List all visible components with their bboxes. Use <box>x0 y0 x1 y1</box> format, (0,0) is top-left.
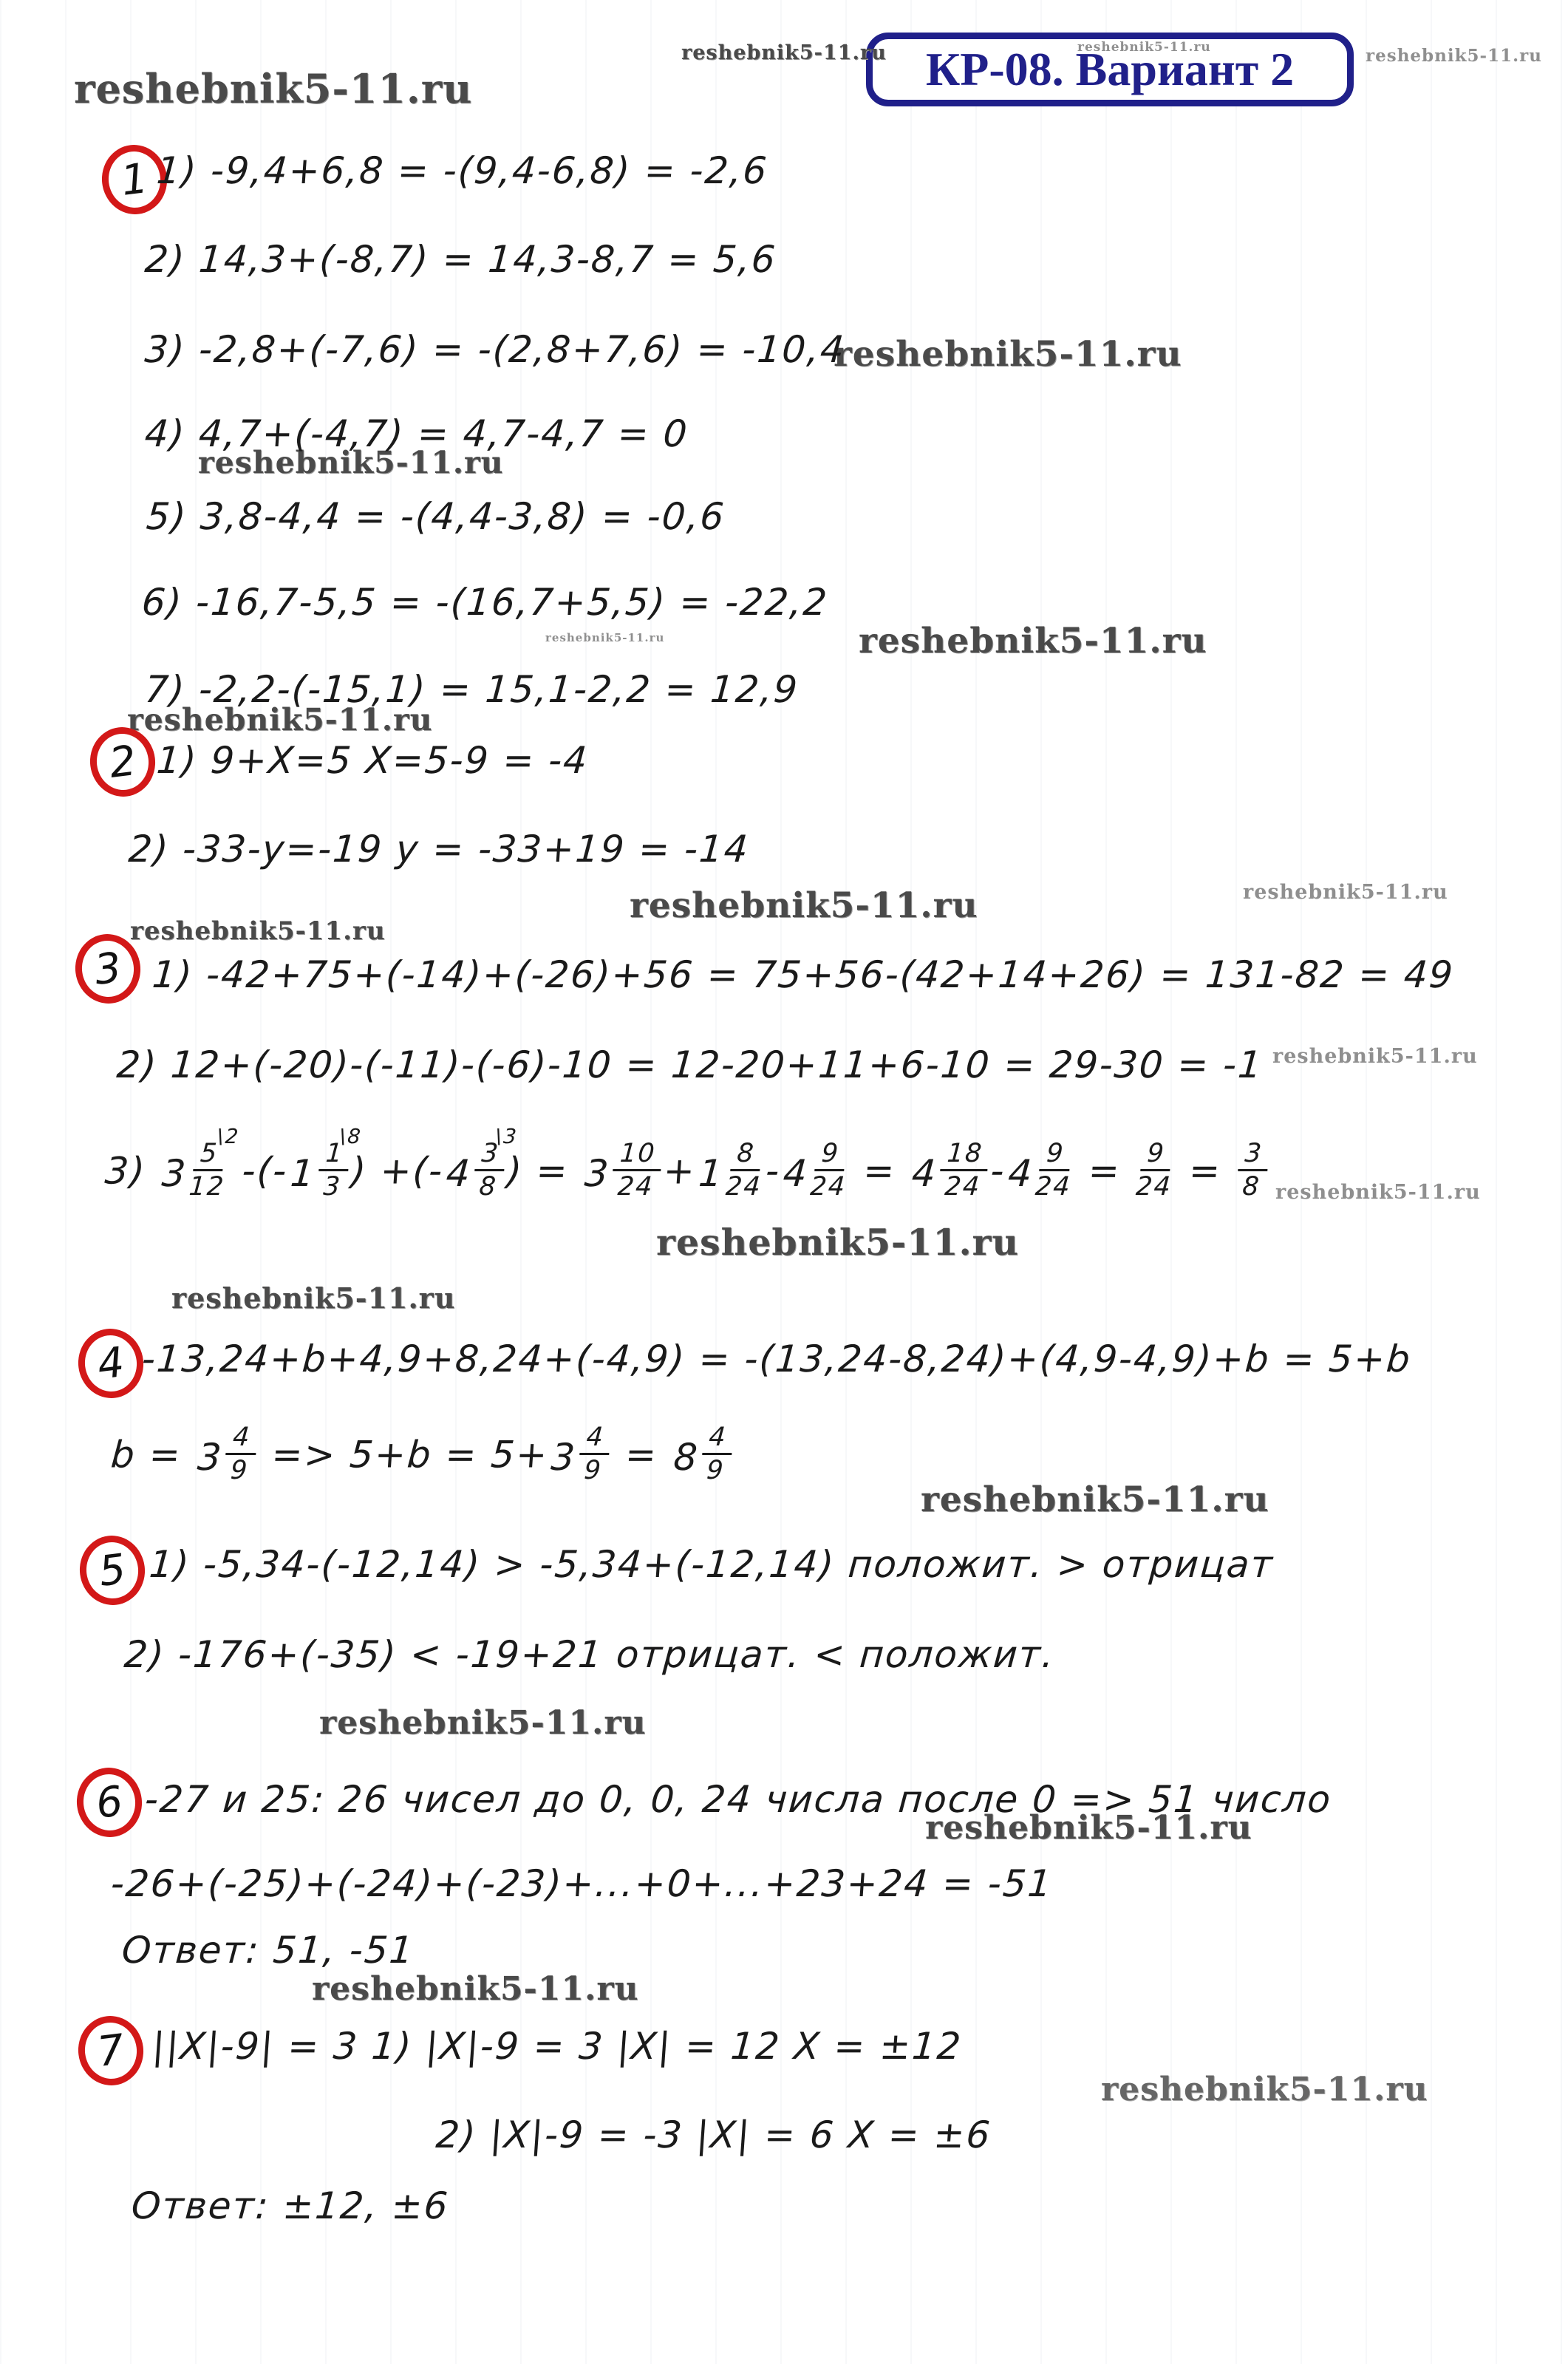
math-line: Ответ: 51, -51 <box>120 1930 416 1971</box>
watermark: reshebnik5-11.ru <box>1101 2071 1428 2108</box>
fraction: 4924 <box>1006 1144 1074 1203</box>
common-denominator-mark: \2 <box>216 1125 240 1148</box>
fraction: 349 <box>196 1428 258 1487</box>
watermark: reshebnik5-11.ru <box>1243 881 1448 904</box>
watermark: reshebnik5-11.ru <box>1366 46 1542 66</box>
watermark: reshebnik5-11.ru <box>834 334 1182 375</box>
math-line: 2) |X|-9 = -3 |X| = 6 X = ±6 <box>434 2115 992 2156</box>
watermark: reshebnik5-11.ru <box>545 631 664 644</box>
scanned-worksheet-page: КР-08. Вариант 2 reshebnik5-11.rureshebn… <box>0 0 1568 2364</box>
math-line: 1) -42+75+(-14)+(-26)+56 = 75+56-(42+14+… <box>151 955 1456 995</box>
math-line: -26+(-25)+(-24)+(-23)+...+0+...+23+24 = … <box>109 1864 1054 1904</box>
fraction: 924 <box>1135 1144 1175 1203</box>
math-line: ||X|-9| = 3 1) |X|-9 = 3 |X| = 12 X = ±1… <box>151 2026 964 2067</box>
watermark: reshebnik5-11.ru <box>74 65 472 112</box>
math-line: 6) -16,7-5,5 = -(16,7+5,5) = -22,2 <box>140 582 830 623</box>
math-line: -27 и 25: 26 чисел до 0, 0, 24 числа пос… <box>143 1779 1333 1820</box>
math-line: b = 349 => 5+b = 5+349 = 849 <box>109 1428 736 1487</box>
fraction: 849 <box>672 1428 734 1487</box>
math-line: -13,24+b+4,9+8,24+(-4,9) = -(13,24-8,24)… <box>140 1339 1413 1380</box>
math-line: 1) 9+X=5 X=5-9 = -4 <box>155 740 590 781</box>
watermark: reshebnik5-11.ru <box>171 1281 455 1315</box>
problem-number-circle: 6 <box>73 1764 146 1841</box>
watermark: reshebnik5-11.ru <box>319 1704 647 1742</box>
watermark: reshebnik5-11.ru <box>921 1479 1269 1520</box>
watermark: reshebnik5-11.ru <box>312 1970 639 2008</box>
fraction: 349 <box>549 1428 611 1487</box>
fraction: 41824 <box>910 1144 989 1203</box>
math-line: 1) -9,4+6,8 = -(9,4-6,8) = -2,6 <box>155 151 769 191</box>
math-line: Ответ: ±12, ±6 <box>130 2186 450 2227</box>
math-line: 2) 12+(-20)-(-11)-(-6)-10 = 12-20+11+6-1… <box>115 1045 1264 1086</box>
watermark: reshebnik5-11.ru <box>1077 40 1211 55</box>
fraction: 31024 <box>582 1144 662 1203</box>
problem-number-circle: 5 <box>76 1532 149 1609</box>
math-line: 7) -2,2-(-15,1) = 15,1-2,2 = 12,9 <box>143 670 800 710</box>
watermark: reshebnik5-11.ru <box>656 1221 1019 1264</box>
watermark: reshebnik5-11.ru <box>630 885 978 926</box>
math-line: 3) 3512\2 -(-113\8) +(-438\3) = 31024+18… <box>103 1144 1272 1203</box>
watermark: reshebnik5-11.ru <box>130 916 386 946</box>
fraction: 113\8 <box>288 1144 350 1203</box>
math-line: 2) -33-y=-19 y = -33+19 = -14 <box>127 829 751 870</box>
watermark: reshebnik5-11.ru <box>681 41 887 64</box>
problem-number-circle: 7 <box>75 2012 148 2089</box>
math-line: 4) 4,7+(-4,7) = 4,7-4,7 = 0 <box>143 414 689 454</box>
fraction: 4924 <box>781 1144 849 1203</box>
math-line: 2) 14,3+(-8,7) = 14,3-8,7 = 5,6 <box>143 239 778 280</box>
watermark: reshebnik5-11.ru <box>1272 1045 1478 1068</box>
common-denominator-mark: \8 <box>338 1125 363 1148</box>
math-line: 1) -5,34-(-12,14) > -5,34+(-12,14) полож… <box>148 1544 1275 1585</box>
math-line: 5) 3,8-4,4 = -(4,4-3,8) = -0,6 <box>145 497 726 537</box>
watermark: reshebnik5-11.ru <box>859 621 1207 661</box>
problem-number-circle: 4 <box>75 1325 148 1402</box>
math-line: 2) -176+(-35) < -19+21 отрицат. < положи… <box>123 1635 1057 1675</box>
common-denominator-mark: \3 <box>494 1125 519 1148</box>
fraction: 438\3 <box>444 1144 506 1203</box>
math-line: 3) -2,8+(-7,6) = -(2,8+7,6) = -10,4 <box>143 330 847 370</box>
fraction: 1824 <box>697 1144 765 1203</box>
fraction: 38 <box>1235 1144 1269 1203</box>
watermark: reshebnik5-11.ru <box>1275 1181 1481 1204</box>
fraction: 3512\2 <box>160 1144 228 1203</box>
